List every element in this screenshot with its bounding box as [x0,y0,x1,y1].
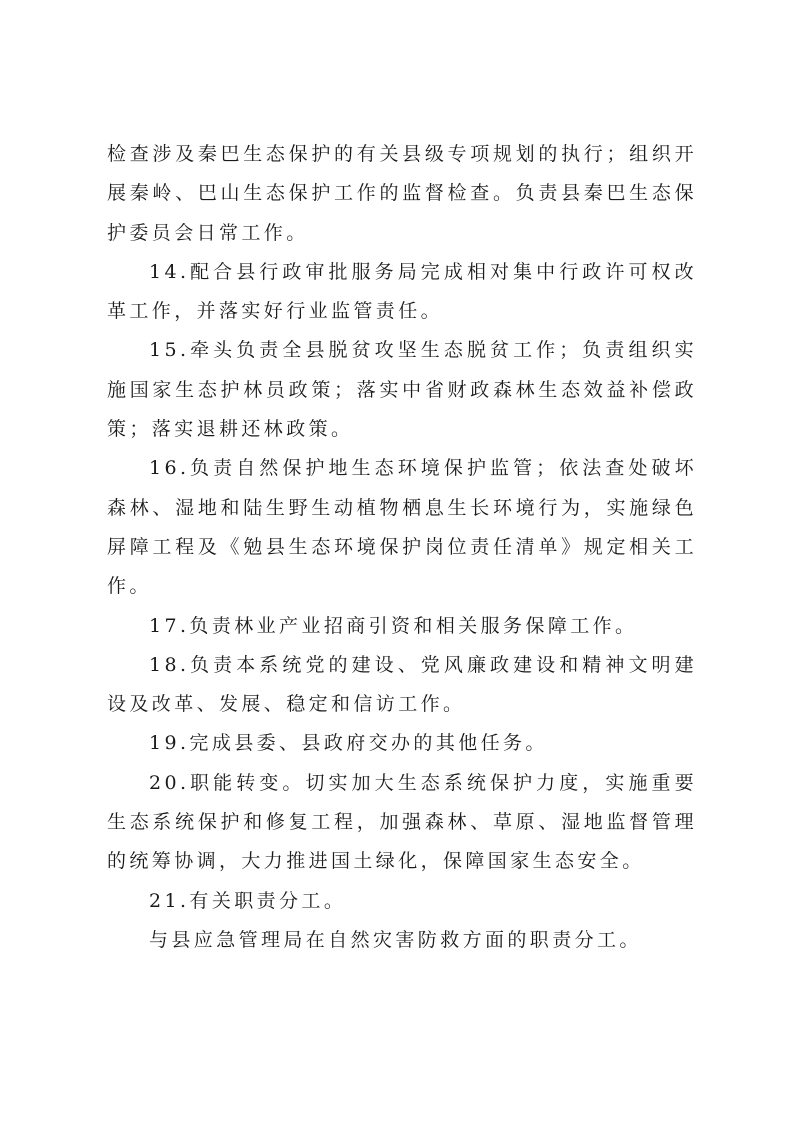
paragraph-item-17: 17.负责林业产业招商引资和相关服务保障工作。 [107,607,697,646]
paragraph-item-20: 20.职能转变。切实加大生态系统保护力度，实施重要生态系统保护和修复工程，加强森… [107,764,697,882]
paragraph-item-15: 15.牵头负责全县脱贫攻坚生态脱贫工作；负责组织实施国家生态护林员政策；落实中省… [107,331,697,449]
paragraph-item-13-continued: 检查涉及秦巴生态保护的有关县级专项规划的执行；组织开展秦岭、巴山生态保护工作的监… [107,135,697,253]
paragraph-item-19: 19.完成县委、县政府交办的其他任务。 [107,724,697,763]
paragraph-item-21: 21.有关职责分工。 [107,882,697,921]
paragraph-item-21-detail: 与县应急管理局在自然灾害防救方面的职责分工。 [107,921,697,960]
paragraph-item-18: 18.负责本系统党的建设、党风廉政建设和精神文明建设及改革、发展、稳定和信访工作… [107,646,697,725]
paragraph-item-14: 14.配合县行政审批服务局完成相对集中行政许可权改革工作，并落实好行业监管责任。 [107,253,697,332]
document-page: 检查涉及秦巴生态保护的有关县级专项规划的执行；组织开展秦岭、巴山生态保护工作的监… [107,135,697,960]
paragraph-item-16: 16.负责自然保护地生态环境保护监管；依法查处破坏森林、湿地和陆生野生动植物栖息… [107,449,697,606]
